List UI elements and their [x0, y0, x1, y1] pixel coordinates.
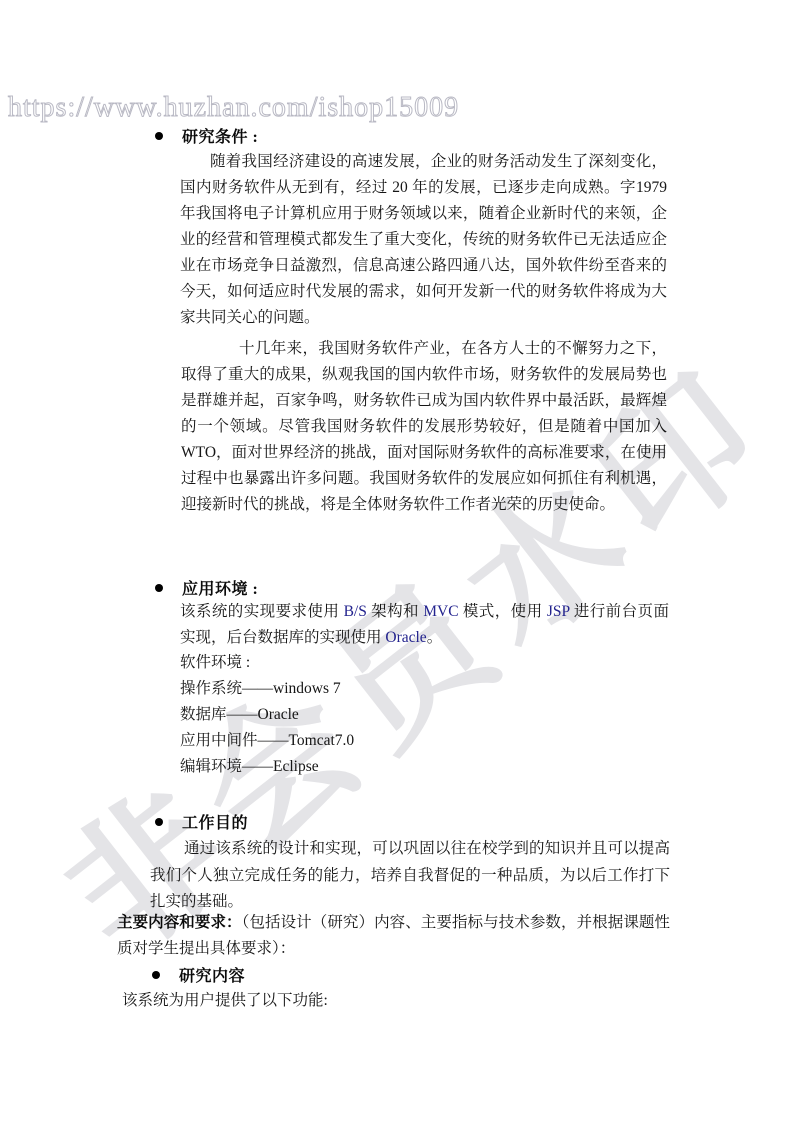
main-requirements-label: 主要内容和要求：	[117, 914, 242, 931]
document-page: https://www.huzhan.com/ishop15009 非会员水印 …	[0, 0, 793, 1122]
section-heading-label: 研究内容	[179, 963, 245, 986]
content-layer: 研究条件 : 随着我国经济建设的高速发展，企业的财务活动发生了深刻变化，国内财务…	[0, 0, 793, 1122]
section-heading-label: 研究条件 :	[182, 124, 258, 147]
env-line-software: 软件环境 :	[180, 650, 669, 676]
token-oracle: Oracle	[385, 629, 426, 646]
url-watermark: https://www.huzhan.com/ishop15009	[8, 92, 459, 124]
main-requirements-line: 主要内容和要求：（包括设计（研究）内容、主要指标与技术参数，并根据课题性质对学生…	[117, 910, 670, 961]
intro-text: 模式，使用	[459, 603, 547, 620]
env-line-middleware: 应用中间件——Tomcat7.0	[180, 728, 669, 754]
bullet-icon	[155, 132, 163, 140]
research-conditions-paragraph-2: 十几年来，我国财务软件产业，在各方人士的不懈努力之下，取得了重大的成果，纵观我国…	[181, 336, 667, 518]
token-jsp: JSP	[547, 603, 570, 620]
intro-text: 该系统的实现要求使用	[180, 603, 344, 620]
bullet-icon	[155, 584, 163, 592]
bullet-icon	[155, 818, 163, 826]
application-env-intro: 该系统的实现要求使用 B/S 架构和 MVC 模式，使用 JSP 进行前台页面实…	[180, 599, 669, 650]
section-research-content-heading: 研究内容	[152, 963, 245, 986]
env-line-editor: 编辑环境——Eclipse	[180, 754, 669, 780]
intro-text: 架构和	[367, 603, 423, 620]
env-line-os: 操作系统——windows 7	[180, 676, 669, 702]
section-heading-label: 工作目的	[182, 810, 248, 833]
env-line-database: 数据库——Oracle	[180, 702, 669, 728]
intro-text: 。	[427, 629, 443, 646]
section-work-purpose-heading: 工作目的	[155, 810, 248, 833]
bullet-icon	[152, 971, 160, 979]
section-research-conditions-heading: 研究条件 :	[155, 124, 258, 147]
work-purpose-paragraph: 通过该系统的设计和实现，可以巩固以往在校学到的知识并且可以提高我们个人独立完成任…	[150, 836, 670, 916]
software-environment-list: 软件环境 : 操作系统——windows 7 数据库——Oracle 应用中间件…	[180, 650, 669, 780]
research-content-intro-line: 该系统为用户提供了以下功能:	[122, 989, 542, 1013]
research-conditions-paragraph-1: 随着我国经济建设的高速发展，企业的财务活动发生了深刻变化，国内财务软件从无到有，…	[180, 149, 667, 331]
token-bs: B/S	[344, 603, 367, 620]
token-mvc: MVC	[423, 603, 458, 620]
section-heading-label: 应用环境 :	[182, 576, 258, 599]
section-application-env-heading: 应用环境 :	[155, 576, 258, 599]
